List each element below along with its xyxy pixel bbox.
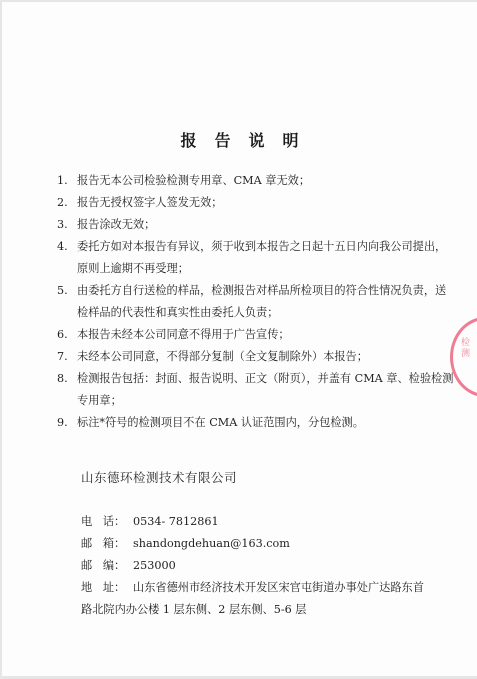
email-row: 邮 箱： shandongdehuan@163.com	[81, 533, 461, 555]
note-item: 3. 报告涂改无效；	[57, 214, 457, 236]
phone-label: 电 话：	[81, 511, 133, 533]
note-number: 2.	[57, 192, 77, 214]
postcode-label: 邮 编：	[81, 555, 133, 577]
email-value: shandongdehuan@163.com	[133, 533, 461, 555]
address-line2: 路北院内办公楼 1 层东侧、2 层东侧、5-6 层	[81, 599, 461, 621]
note-text: 委托方如对本报告有异议，须于收到本报告之日起十五日内向我公司提出，原则上逾期不再…	[77, 236, 457, 280]
email-label: 邮 箱：	[81, 533, 133, 555]
note-text: 报告无授权签字人签发无效；	[77, 192, 457, 214]
note-text: 报告涂改无效；	[77, 214, 457, 236]
note-item: 9. 标注*符号的检测项目不在 CMA 认证范围内，分包检测。	[57, 412, 457, 434]
note-number: 5.	[57, 280, 77, 324]
note-number: 4.	[57, 236, 77, 280]
address-label: 地 址：	[81, 577, 133, 599]
note-number: 6.	[57, 324, 77, 346]
address-row: 地 址： 山东省德州市经济技术开发区宋官屯街道办事处广达路东首	[81, 577, 461, 599]
note-item: 5. 由委托方自行送检的样品，检测报告对样品所检项目的符合性情况负责，送检样品的…	[57, 280, 457, 324]
notes-list: 1. 报告无本公司检验检测专用章、CMA 章无效； 2. 报告无授权签字人签发无…	[57, 170, 457, 434]
phone-row: 电 话： 0534- 7812861	[81, 511, 461, 533]
page-title: 报告说明	[2, 128, 477, 151]
postcode-row: 邮 编： 253000	[81, 555, 461, 577]
note-number: 1.	[57, 170, 77, 192]
note-number: 3.	[57, 214, 77, 236]
note-item: 1. 报告无本公司检验检测专用章、CMA 章无效；	[57, 170, 457, 192]
note-item: 2. 报告无授权签字人签发无效；	[57, 192, 457, 214]
note-text: 未经本公司同意，不得部分复制（全文复制除外）本报告；	[77, 346, 457, 368]
note-item: 4. 委托方如对本报告有异议，须于收到本报告之日起十五日内向我公司提出，原则上逾…	[57, 236, 457, 280]
note-text: 本报告未经本公司同意不得用于广告宣传；	[77, 324, 457, 346]
phone-value: 0534- 7812861	[133, 511, 461, 533]
address-line1: 山东省德州市经济技术开发区宋官屯街道办事处广达路东首	[133, 577, 461, 599]
postcode-value: 253000	[133, 555, 461, 577]
document-page: 报告说明 1. 报告无本公司检验检测专用章、CMA 章无效； 2. 报告无授权签…	[2, 2, 477, 676]
note-number: 7.	[57, 346, 77, 368]
note-text: 报告无本公司检验检测专用章、CMA 章无效；	[77, 170, 457, 192]
note-item: 8. 检测报告包括：封面、报告说明、正文（附页），并盖有 CMA 章、检验检测专…	[57, 368, 457, 412]
note-text: 标注*符号的检测项目不在 CMA 认证范围内，分包检测。	[77, 412, 457, 434]
company-name: 山东德环检测技术有限公司	[81, 468, 237, 486]
note-text: 由委托方自行送检的样品，检测报告对样品所检项目的符合性情况负责，送检样品的代表性…	[77, 280, 457, 324]
contact-block: 电 话： 0534- 7812861 邮 箱： shandongdehuan@1…	[81, 511, 461, 621]
note-number: 8.	[57, 368, 77, 412]
stamp-text: 检测	[458, 337, 471, 359]
note-text: 检测报告包括：封面、报告说明、正文（附页），并盖有 CMA 章、检验检测专用章；	[77, 368, 457, 412]
note-item: 6. 本报告未经本公司同意不得用于广告宣传；	[57, 324, 457, 346]
note-item: 7. 未经本公司同意，不得部分复制（全文复制除外）本报告；	[57, 346, 457, 368]
note-number: 9.	[57, 412, 77, 434]
